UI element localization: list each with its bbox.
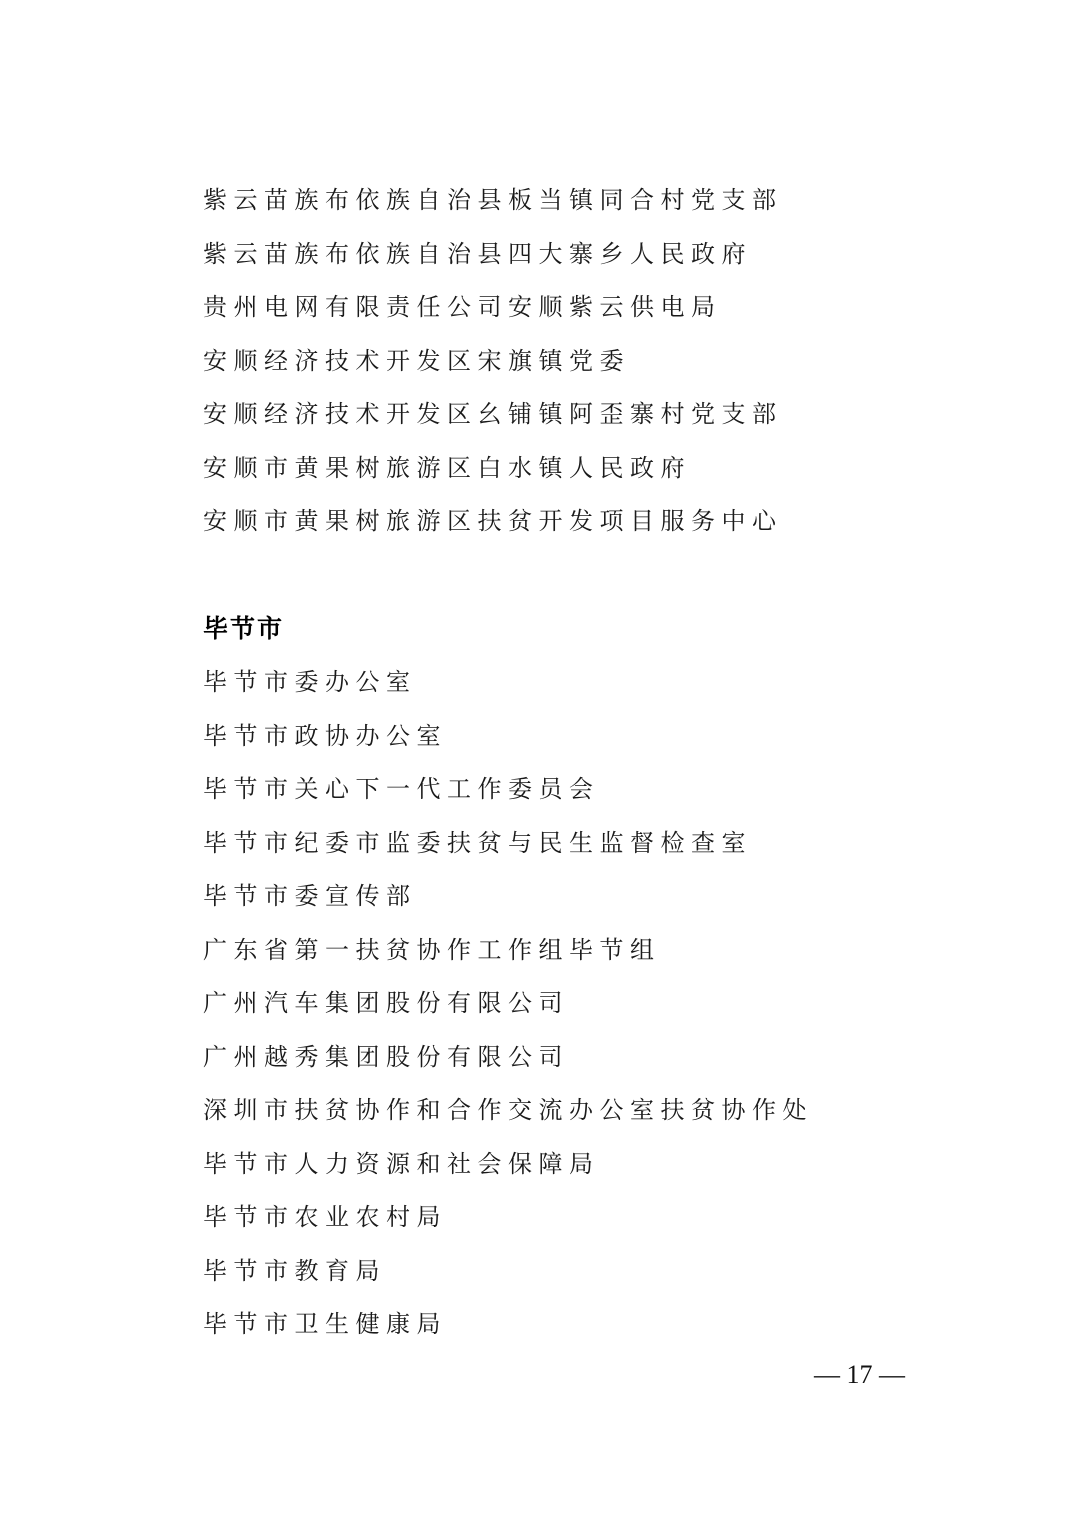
list-item: 贵州电网有限责任公司安顺紫云供电局 xyxy=(203,292,722,322)
list-item: 毕节市纪委市监委扶贫与民生监督检查室 xyxy=(203,828,752,858)
list-item: 安顺经济技术开发区幺铺镇阿歪寨村党支部 xyxy=(203,399,783,429)
list-item: 紫云苗族布依族自治县板当镇同合村党支部 xyxy=(203,185,783,215)
list-item: 毕节市教育局 xyxy=(203,1256,386,1286)
list-item: 毕节市政协办公室 xyxy=(203,721,447,751)
list-item: 广东省第一扶贫协作工作组毕节组 xyxy=(203,935,661,965)
list-item: 毕节市委宣传部 xyxy=(203,881,417,911)
list-item: 广州汽车集团股份有限公司 xyxy=(203,988,569,1018)
list-item: 广州越秀集团股份有限公司 xyxy=(203,1042,569,1072)
list-item: 安顺市黄果树旅游区扶贫开发项目服务中心 xyxy=(203,506,783,536)
list-item: 毕节市委办公室 xyxy=(203,667,417,697)
list-item: 毕节市人力资源和社会保障局 xyxy=(203,1149,600,1179)
list-item: 紫云苗族布依族自治县四大寨乡人民政府 xyxy=(203,239,752,269)
list-item: 安顺经济技术开发区宋旗镇党委 xyxy=(203,346,630,376)
page-number: — 17 — xyxy=(814,1360,905,1390)
list-item: 深圳市扶贫协作和合作交流办公室扶贫协作处 xyxy=(203,1095,813,1125)
section-heading: 毕节市 xyxy=(203,614,284,644)
list-item: 毕节市卫生健康局 xyxy=(203,1309,447,1339)
list-item: 毕节市农业农村局 xyxy=(203,1202,447,1232)
list-item: 安顺市黄果树旅游区白水镇人民政府 xyxy=(203,453,691,483)
list-item: 毕节市关心下一代工作委员会 xyxy=(203,774,600,804)
